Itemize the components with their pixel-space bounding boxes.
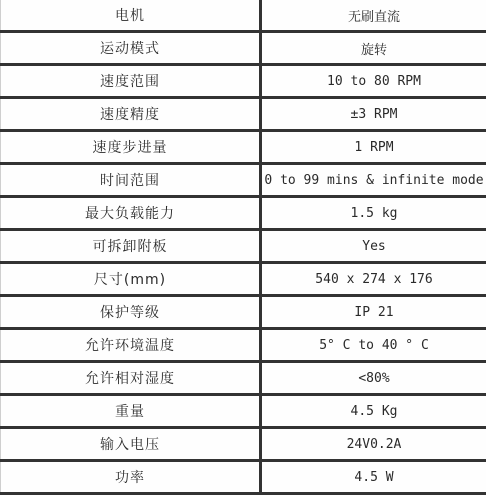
table-row: 最大负载能力 1.5 kg <box>1 197 486 230</box>
spec-label: 运动模式 <box>1 32 261 65</box>
table-row: 保护等级 IP 21 <box>1 296 486 329</box>
table-row: 允许相对湿度 <80% <box>1 362 486 395</box>
spec-value: 24V0.2A <box>261 428 486 461</box>
spec-label: 保护等级 <box>1 296 261 329</box>
spec-value: 4.5 Kg <box>261 395 486 428</box>
spec-label: 功率 <box>1 461 261 494</box>
spec-label: 速度范围 <box>1 65 261 98</box>
spec-label: 电机 <box>1 0 261 32</box>
table-row: 可拆卸附板 Yes <box>1 230 486 263</box>
spec-label: 最大负载能力 <box>1 197 261 230</box>
spec-value: ±3 RPM <box>261 98 486 131</box>
table-row: 速度步进量 1 RPM <box>1 131 486 164</box>
table-row: 电机 无刷直流 <box>1 0 486 32</box>
spec-value: 5° C to 40 ° C <box>261 329 486 362</box>
table-row: 重量 4.5 Kg <box>1 395 486 428</box>
spec-label: 速度精度 <box>1 98 261 131</box>
spec-label: 重量 <box>1 395 261 428</box>
spec-label: 允许相对湿度 <box>1 362 261 395</box>
spec-label: 允许环境温度 <box>1 329 261 362</box>
spec-value: 540 x 274 x 176 <box>261 263 486 296</box>
table-row: 速度范围 10 to 80 RPM <box>1 65 486 98</box>
table-row: 输入电压 24V0.2A <box>1 428 486 461</box>
table-row: 允许环境温度 5° C to 40 ° C <box>1 329 486 362</box>
table-row: 速度精度 ±3 RPM <box>1 98 486 131</box>
table-row: 尺寸(mm) 540 x 274 x 176 <box>1 263 486 296</box>
spec-value: IP 21 <box>261 296 486 329</box>
spec-value: <80% <box>261 362 486 395</box>
spec-value: 旋转 <box>261 32 486 65</box>
spec-label: 输入电压 <box>1 428 261 461</box>
spec-label: 时间范围 <box>1 164 261 197</box>
spec-label: 速度步进量 <box>1 131 261 164</box>
spec-value: 0 to 99 mins & infinite mode <box>261 164 486 197</box>
spec-label: 尺寸(mm) <box>1 263 261 296</box>
table-row: 功率 4.5 W <box>1 461 486 494</box>
spec-label: 可拆卸附板 <box>1 230 261 263</box>
spec-value: 10 to 80 RPM <box>261 65 486 98</box>
spec-value: Yes <box>261 230 486 263</box>
specification-table: 电机 无刷直流 运动模式 旋转 速度范围 10 to 80 RPM 速度精度 ±… <box>0 0 486 495</box>
table-row: 运动模式 旋转 <box>1 32 486 65</box>
table-row: 时间范围 0 to 99 mins & infinite mode <box>1 164 486 197</box>
spec-value: 1 RPM <box>261 131 486 164</box>
spec-value: 4.5 W <box>261 461 486 494</box>
spec-value: 1.5 kg <box>261 197 486 230</box>
spec-value: 无刷直流 <box>261 0 486 32</box>
specification-table-body: 电机 无刷直流 运动模式 旋转 速度范围 10 to 80 RPM 速度精度 ±… <box>1 0 486 494</box>
